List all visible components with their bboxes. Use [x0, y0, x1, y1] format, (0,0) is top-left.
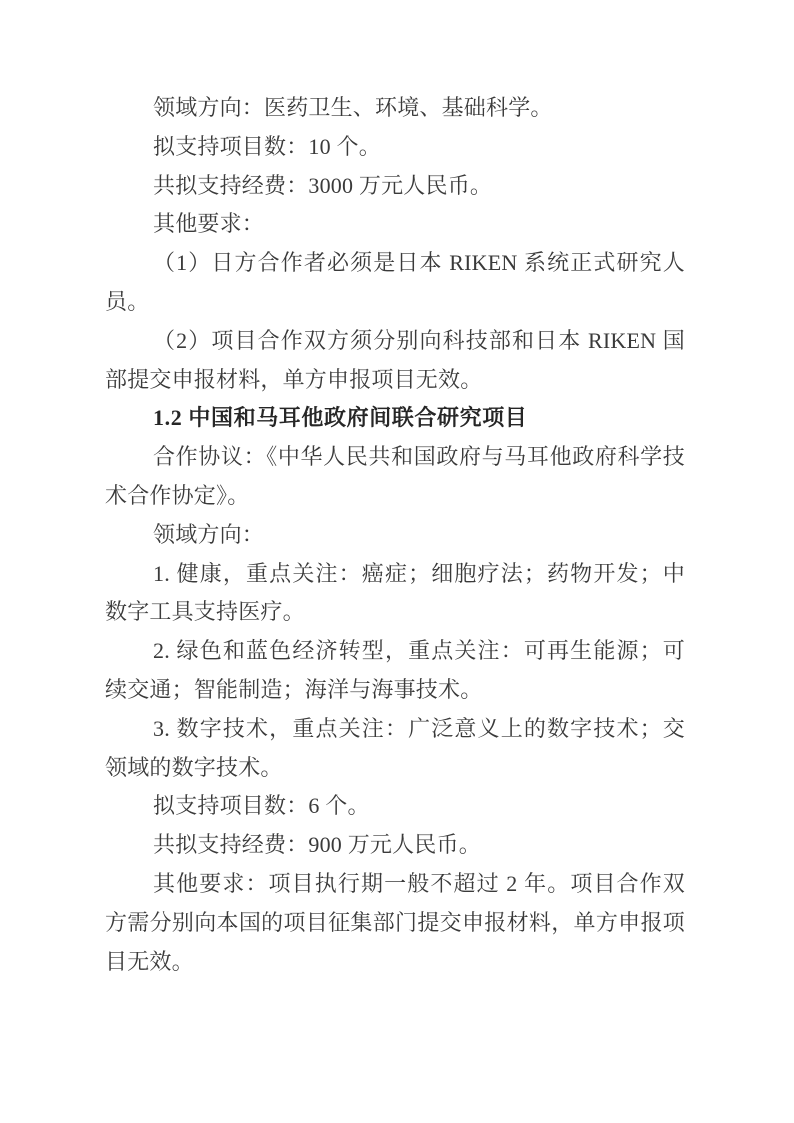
- line-field-3-digital-part-a: 3. 数字技术，重点关注：广泛意义上的数字技术；交叉: [105, 710, 685, 749]
- line-agreement-malta-part-b: 术合作协定》。: [105, 477, 685, 516]
- line-field-1-health-part-b: 数字工具支持医疗。: [105, 593, 685, 632]
- line-total-funding-japan: 共拟支持经费：3000 万元人民币。: [105, 167, 685, 206]
- line-other-requirements-malta-c: 目无效。: [105, 943, 685, 982]
- a4-page: 领域方向：医药卫生、环境、基础科学。 拟支持项目数：10 个。 共拟支持经费：3…: [0, 0, 794, 1123]
- line-field-1-health-part-a: 1. 健康，重点关注：癌症；细胞疗法；药物开发；中药；: [105, 555, 685, 594]
- line-agreement-malta-part-a: 合作协议：《中华人民共和国政府与马耳他政府科学技: [105, 438, 685, 477]
- line-field-direction-japan: 领域方向：医药卫生、环境、基础科学。: [105, 89, 685, 128]
- line-other-requirements-malta-b: 方需分别向本国的项目征集部门提交申报材料，单方申报项: [105, 904, 685, 943]
- line-requirement-1-part-b: 员。: [105, 283, 685, 322]
- line-requirement-2-part-a: （2）项目合作双方须分别向科技部和日本 RIKEN 国际: [105, 322, 685, 361]
- section-heading-1-2-malta: 1.2 中国和马耳他政府间联合研究项目: [105, 399, 685, 438]
- document-body: 领域方向：医药卫生、环境、基础科学。 拟支持项目数：10 个。 共拟支持经费：3…: [105, 89, 685, 981]
- line-field-2-green-blue-part-b: 续交通；智能制造；海洋与海事技术。: [105, 671, 685, 710]
- line-field-3-digital-part-b: 领域的数字技术。: [105, 749, 685, 788]
- line-other-requirements-japan: 其他要求：: [105, 205, 685, 244]
- line-project-count-japan: 拟支持项目数：10 个。: [105, 128, 685, 167]
- line-requirement-1-part-a: （1）日方合作者必须是日本 RIKEN 系统正式研究人: [105, 244, 685, 283]
- line-project-count-malta: 拟支持项目数：6 个。: [105, 787, 685, 826]
- line-field-direction-malta: 领域方向：: [105, 516, 685, 555]
- line-requirement-2-part-b: 部提交申报材料，单方申报项目无效。: [105, 361, 685, 400]
- line-field-2-green-blue-part-a: 2. 绿色和蓝色经济转型，重点关注：可再生能源；可持: [105, 632, 685, 671]
- line-total-funding-malta: 共拟支持经费：900 万元人民币。: [105, 826, 685, 865]
- line-other-requirements-malta-a: 其他要求：项目执行期一般不超过 2 年。项目合作双: [105, 865, 685, 904]
